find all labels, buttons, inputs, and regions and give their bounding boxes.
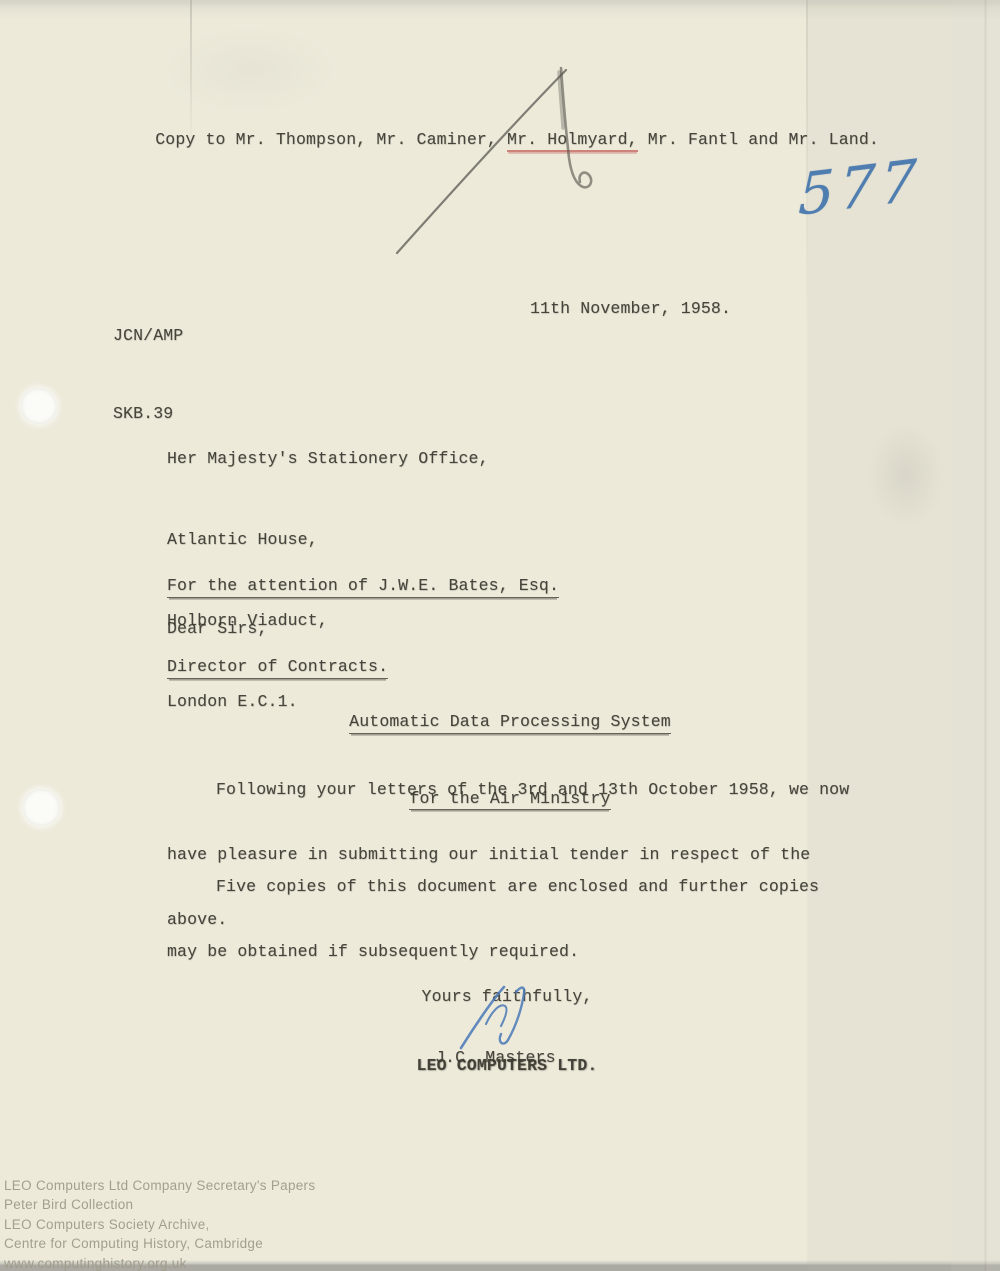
archive-watermark: LEO Computers Ltd Company Secretary's Pa…: [4, 1176, 315, 1271]
closing-block: Yours faithfully, LEO COMPUTERS LTD.: [377, 939, 637, 1123]
address-line: Her Majesty's Stationery Office,: [167, 445, 489, 472]
copy-line-suffix: Mr. Fantl and Mr. Land.: [638, 130, 879, 149]
reference-line-1: JCN/AMP: [113, 323, 183, 349]
watermark-line: LEO Computers Society Archive,: [4, 1215, 315, 1234]
salutation: Dear Sirs,: [167, 619, 268, 638]
paragraph-line: Five copies of this document are enclose…: [167, 876, 819, 898]
copy-line-prefix: Copy to Mr. Thompson, Mr. Caminer,: [155, 130, 507, 149]
letter-date: 11th November, 1958.: [530, 299, 731, 318]
handwritten-page-number: 577: [797, 152, 922, 225]
watermark-line: LEO Computers Ltd Company Secretary's Pa…: [4, 1176, 315, 1195]
watermark-line: www.computinghistory.org.uk: [4, 1254, 315, 1271]
subject-line-1: Automatic Data Processing System: [349, 712, 671, 734]
attention-line-1: For the attention of J.W.E. Bates, Esq.: [167, 576, 559, 598]
paragraph-line: Following your letters of the 3rd and 13…: [167, 779, 849, 801]
copy-recipients-line: Copy to Mr. Thompson, Mr. Caminer, Mr. H…: [115, 111, 879, 168]
watermark-line: Peter Bird Collection: [4, 1195, 315, 1214]
punch-hole: [21, 388, 57, 424]
valediction: Yours faithfully,: [377, 985, 637, 1008]
signer-name: J.C. Masters: [435, 1048, 556, 1067]
punch-hole: [23, 789, 60, 826]
copy-line-holmyard-underlined: Mr. Holmyard,: [507, 130, 638, 152]
scanned-letter-page: Copy to Mr. Thompson, Mr. Caminer, Mr. H…: [0, 0, 1000, 1271]
watermark-line: Centre for Computing History, Cambridge: [4, 1234, 315, 1253]
